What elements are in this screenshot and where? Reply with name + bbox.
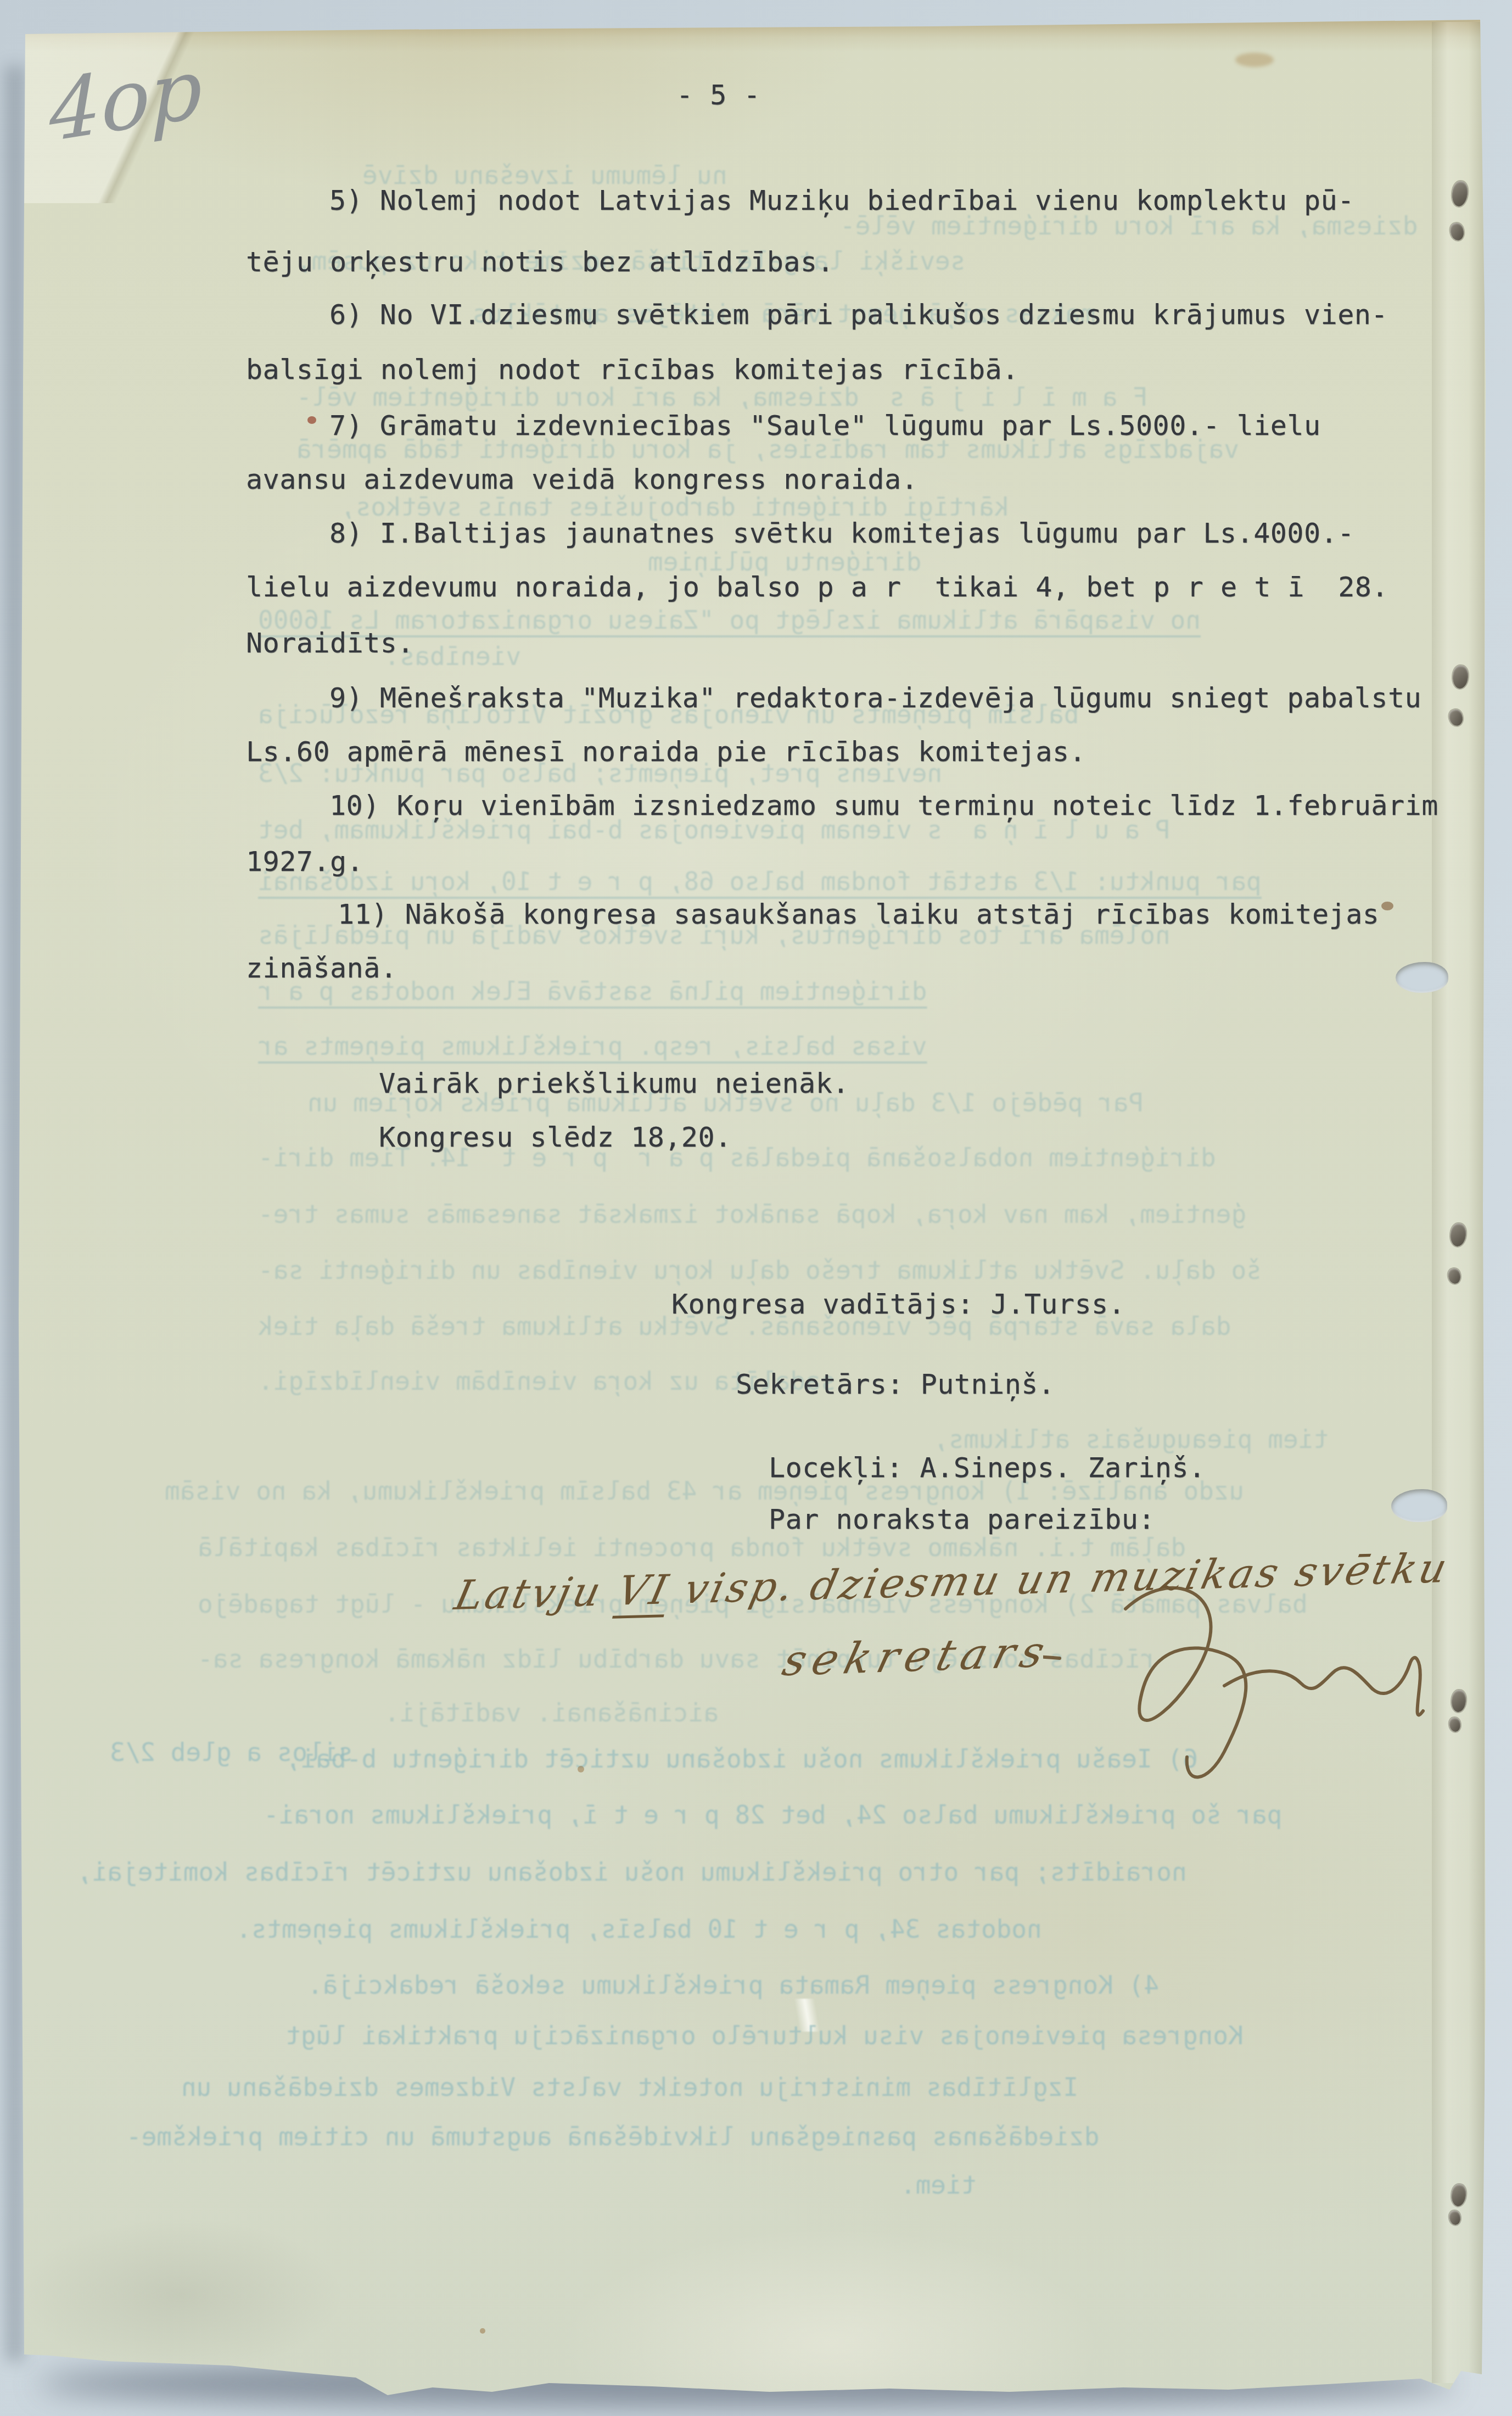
- typed-line-members: Locekļi: A.Sineps. Zariņš.: [769, 1454, 1206, 1481]
- ghost-line: šo daļu. Svētku atlikuma trešo daļu koŗu…: [258, 1257, 1262, 1283]
- typed-line: zināšanā.: [246, 954, 397, 982]
- typed-line: Ls.60 apmērā mēnesī noraida pie rīcības …: [246, 738, 1086, 765]
- typed-line: 1927.g.: [246, 848, 363, 875]
- typed-line: 7) Grāmatu izdevniecības "Saule" lūgumu …: [329, 412, 1321, 439]
- typed-line: Vairāk priekšlikumu neienāk.: [379, 1070, 849, 1097]
- ghost-line: dziesma, ka arī koru diriģentiem vēlē-: [840, 213, 1418, 238]
- ghost-line: aicināšanai. vadītāji.: [384, 1700, 719, 1725]
- small-stain: [480, 2328, 485, 2334]
- ghost-line: F a m ī l i j ā s dziesma, ka arī koru d…: [296, 384, 1148, 410]
- ghost-line: Kongresa pievienojas visu kulturēlo orga…: [285, 2023, 1244, 2048]
- typed-line: Kongresu slēdz 18,20.: [379, 1123, 732, 1151]
- ghost-line: 4) Kongress pieņem Ramata priekšlikumu s…: [307, 1972, 1159, 1998]
- ink-fleck: [307, 416, 316, 424]
- ghost-line: ģentiem, kam nav koŗa, kopā sanākot izma…: [258, 1201, 1246, 1227]
- ghost-line: tiem.: [900, 2172, 976, 2197]
- typed-line: Noraidīts.: [246, 629, 414, 657]
- typed-line-certification: Par noraksta pareizību:: [769, 1506, 1155, 1533]
- ghost-line: noraidīts; par otro priekšlikumu nošu iz…: [77, 1859, 1187, 1884]
- rust-stain: [1381, 902, 1393, 910]
- edge-stain: [1235, 53, 1274, 67]
- page-number: - 5 -: [676, 81, 760, 109]
- signature-flourish: [1043, 1576, 1438, 1807]
- ghost-line-underlined: par punktu: 1/3 atstāt fondam balso 68, …: [258, 869, 1262, 894]
- ghost-line: nodotas 34, p r e t 10 balsīs, priekšlik…: [236, 1916, 1042, 1942]
- punch-hole: [1396, 962, 1448, 993]
- typed-line: 8) I.Baltijas jaunatnes svētku komitejas…: [329, 519, 1354, 547]
- handwritten-secretary-word: sekretars: [777, 1628, 1056, 1686]
- right-fold-crease: [1432, 22, 1485, 2383]
- typed-line: lielu aizdevumu noraida, jo balso p a r …: [246, 573, 1388, 601]
- handwritten-text: Latvju: [451, 1568, 624, 1619]
- typed-line: 11) Nākošā kongresa sasaukšanas laiku at…: [338, 901, 1379, 928]
- punch-hole: [1391, 1489, 1447, 1522]
- typed-line-secretary: Sekretārs: Putniņš.: [736, 1371, 1055, 1398]
- typed-line: balsīgi nolemj nodot rīcības komitejas r…: [246, 356, 1019, 383]
- ghost-line: kārtīgi diriģenti darbojušies tanīs svēt…: [340, 494, 1010, 519]
- ghost-line: tiem pieaugušais atlikums,: [933, 1427, 1329, 1452]
- typed-line: tēju orķestru notis bez atlīdzības.: [246, 248, 834, 276]
- paper-sheet: nu lēmumu izvešanu dzīvē dziesma, ka arī…: [0, 0, 1512, 2416]
- ghost-line: Izglītības ministriju noteikt valsts Vid…: [181, 2074, 1078, 2100]
- typed-line: avansu aizdevuma veidā kongress noraida.: [246, 466, 918, 493]
- ghost-line-underlined: visas balsis, resp. priekšlikums pieņemt…: [258, 1033, 927, 1059]
- typed-line: 9) Mēnešraksta "Muzika" redaktora-izdevē…: [329, 684, 1421, 712]
- typed-line: 6) No VI.dziesmu svētkiem pāri palikušos…: [329, 301, 1388, 328]
- ghost-line: dziedāšanas pasniegšanu likvidēšanā augs…: [126, 2124, 1099, 2149]
- typed-line: 10) Koŗu vienībām izsniedzamo sumu termi…: [329, 792, 1438, 819]
- typed-line: 5) Nolemj nodot Latvijas Muziķu biedrība…: [329, 187, 1354, 214]
- small-stain: [578, 1766, 584, 1772]
- typed-line-chairman: Kongresa vadītājs: J.Turss.: [671, 1290, 1125, 1318]
- scanned-document-page: nu lēmumu izvešanu dzīvē dziesma, ka arī…: [0, 0, 1512, 2416]
